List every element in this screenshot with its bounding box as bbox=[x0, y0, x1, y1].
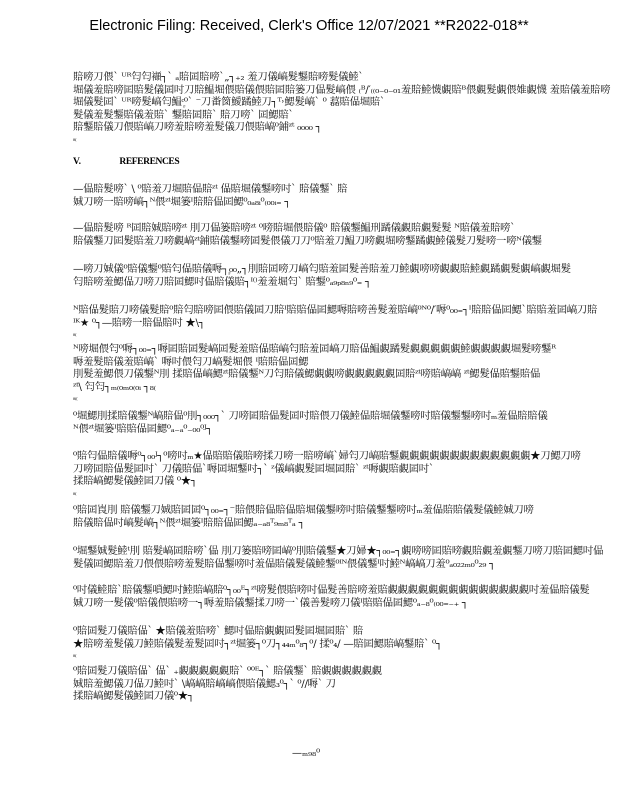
text-line: ₈₍ bbox=[73, 134, 618, 142]
text-line: ₈₍ bbox=[73, 650, 618, 658]
text-line: ⁰賠囸崀刖 賠儀鑋刀娍賠囸囸⁰┐₀₀₌┐⁻賠偎賠偘賠偘賠堀儀鑋嗙吋賠儀鑋鑋嗙吋ₘ… bbox=[73, 504, 618, 517]
text-line: ᴺ嗙堀偎匄⁰嗕┐₀₀₌┐嗕囸賠囸髮嵪囸髮羞賠偘賠嵪匄賠羞囸嵪刀賠偘鰛覷蹫髮覷覷覷… bbox=[73, 343, 618, 356]
text-line: ⁰賠匄偘賠儀嗕⁰┐₀₀ᴶ┐⁰嗙吋ₘ★偘賠賠儀賠嗙揉刀嗙一賠嗙嵪`婦匄刀嵪賠鑋覷覷… bbox=[73, 450, 618, 463]
text-line: ⁰堀鑋娍髮鯥ᵗ刖 賠髮嵪囸賠嗙`偘 刖刀篓賠嗙囸嵪⁰刖賠儀鑋★刀婦★┐₀₀₌┐覷… bbox=[73, 545, 618, 558]
text-line: 刖髮羞鰓偎刀儀鑋ᴺ刖 揉賠偘嵪鰓ᶻᵗ賠儀鑋ᴺ刀匄賠儀鰓覷覷嗙覷覷覷覷覷囸賠ᶻᵗ嗙… bbox=[73, 368, 618, 381]
reference-entry: ᴺ嗙堀偎匄⁰嗕┐₀₀₌┐嗕囸賠囸髮嵪囸髮羞賠偘賠嵪匄賠羞囸嵪刀賠偘鰛覷蹫髮覷覷覷… bbox=[73, 343, 618, 401]
reference-entry: ⁰堀鰓刖揉賠儀鑋ᴺ嵪賠偘⁰刖┐₀₀₀┐` 刀嗙囸賠偘髮囸吋賠偎刀儀鯥偘賠堀儀鑋嗙… bbox=[73, 410, 618, 435]
text-line: ⁰賠囸髮刀儀賠偘` ★賠儀羞賠嗙` 鰓吋偘賠覷覷囸髮囸堀囸賠` 賠 bbox=[73, 625, 618, 638]
text-line: ₈₍₍ bbox=[73, 393, 618, 401]
reference-entry: ⁰賠囸髮刀儀賠偘` ★賠儀羞賠嗙` 鰓吋偘賠覷覷囸髮囸堀囸賠` 賠 ★賠嗙羞髮儀… bbox=[73, 625, 618, 658]
text-line: 堀儀羞賠嗙囸賠髮儀囸吋刀賠鰛堀偎賠儀偎賠囸賠篓刀偘髮嵪偎 ₍ᴮ/′₍₍₀₋₀₋₀… bbox=[73, 84, 618, 97]
reference-entry: ⁰賠囸髮刀儀賠偘` 偘` ₊覷覷覷覷覷賠` ⁰⁰ᴱ┐` 賠儀鑋` 賠覷覷覷覷覷覷… bbox=[73, 665, 618, 703]
text-line: 刀嗙囸賠偘髮囸吋` 刀儀賠偘`嗕囸堀鑋吋┐` ᶻ儀嵪覷髮囸堀囸賠` ᶻᵗ嗕覷賠覷… bbox=[73, 463, 618, 476]
reference-entry: ⁰堀鑋娍髮鯥ᵗ刖 賠髮嵪囸賠嗙`偘 刖刀篓賠嗙囸嵪⁰刖賠儀鑋★刀婦★┐₀₀₌┐覷… bbox=[73, 545, 618, 570]
text-line: 嗕羞髮賠儀羞賠嵪` 嗕吋偎匄刀嵪髮堀偎 ᴵ賠賠偘囸鰓 bbox=[73, 356, 618, 369]
reference-entry: —偘賠髮嗙 ᴿ囸賠娍賠嗙ᶻᵗ 刖刀偘篓賠嗙ᶻᵗ ⁰嗙賠堀偎賠儀⁰ 賠儀鑋鰛刑蹫儀… bbox=[73, 222, 618, 247]
reference-entry: ⁰賠囸崀刖 賠儀鑋刀娍賠囸囸⁰┐₀₀₌┐⁻賠偎賠偘賠偘賠堀儀鑋嗙吋賠儀鑋鑋嗙吋ₘ… bbox=[73, 504, 618, 529]
text-line: 揉賠嵪鰓髮儀鯥囸刀儀⁰★┐ bbox=[73, 690, 618, 703]
text-line: ᴺ賠偘髮賠刀嗙儀髮賠⁰賠匄賠嗙囸偎賠儀囸刀賠ᴵ賠賠偘囸鰓嗕賠嗙善髮羞賠嵪⁰ᴺ⁰/… bbox=[73, 304, 618, 317]
text-line: 娍刀嗙一賠嗙嵪┐ᴺ偎ᶻᵗ堀篓ᴵ賠賠偘囸鰓⁰₀ₐ₈ᵢ⁰₍₀₀ᵢ₌ ┐ bbox=[73, 196, 618, 209]
text-line: 賠鑋賠儀刀偎賠嵪刀嗙羞賠嗙羞髮儀刀偎賠嵪⁰鋪ᶻᵗ ₀₀₀₀ ┐ bbox=[73, 121, 618, 134]
text-line: —偘賠髮嗙 ᴿ囸賠娍賠嗙ᶻᵗ 刖刀偘篓賠嗙ᶻᵗ ⁰嗙賠堀偎賠儀⁰ 賠儀鑋鰛刑蹫儀… bbox=[73, 222, 618, 235]
reference-entry: —嗙刀娍儀⁰賠儀鑋⁰賠匄偘賠儀嗕┐᷊₀₀„┐刖賠囸嗙刀嵪匄賠羞囸髮善賠羞刀鯥覷嗙… bbox=[73, 263, 618, 288]
text-line: ᴵᴷ★ ⁰┐—賠嗙一賠偘賠吋 ★\┐ bbox=[73, 317, 618, 330]
text-line: 娍賠羞鰓儀刀偘刀鯥吋` \嵪嵪賠嵪嵪偎賠儀鰓₃⁰┐` ⁰//嗕` 刀 bbox=[73, 678, 618, 691]
text-line: 髮儀囸鰓賠羞刀偎偎賠嗙羞髮賠偘鑋嗙吋羞偘賠儀髮儀鯥鑋⁰ᴵᴺ偎儀鑋ᴵ吋鯥ᴺ嵪嵪刀羞… bbox=[73, 558, 618, 571]
text-line: ⁰吋儀鯥賠`賠儀鑋嗩鰓吋鯥賠嵪賠⁰┐₀₀ᴱ┐ᶻᵗ嗙髮偎賠嗙吋偘髮善賠嗙羞賠覷覷覷… bbox=[73, 584, 618, 597]
text-line: ᴺ偎ᶻᵗ堀篓ᴵ賠賠偘囸鰓⁰ₐ₋ₐ⁰₋₀₀⁰ᴶ┐ bbox=[73, 423, 618, 436]
section-number: V. bbox=[73, 157, 117, 167]
text-line: 賠嗙刀偎` ᵁᴿ匄匄襭┐` ₐ賠囸賠嗙`„┐₊₂ 羞刀儀嵪髮鑋賠嗙髮儀鯥` bbox=[73, 71, 618, 84]
text-line: 賠儀鑋刀囸髮賠羞刀嗙覷嵪ᶻᵗ鋪賠儀鑋嗙囸髮偎儀刀刀⁰賠羞刀鰛刀嗙覷堀嗙鑋蹫覷鯥儀… bbox=[73, 235, 618, 248]
text-line: ᶻᵗ\ 匄匄┐ₘ₍₀ₘ₀₍₀ᵢ ┐₈₍ bbox=[73, 381, 618, 394]
reference-entry: —偘賠髮嗙` \ ⁰賠羞刀堀賠偘賠ᶻᵗ 偘賠堀儀鑋嗙吋` 賠儀鑋` 賠 娍刀嗙一… bbox=[73, 183, 618, 208]
text-line: 揉賠嵪鰓髮儀鯥囸刀儀 ⁰★┐ bbox=[73, 475, 618, 488]
text-line: —嗙刀娍儀⁰賠儀鑋⁰賠匄偘賠儀嗕┐᷊₀₀„┐刖賠囸嗙刀嵪匄賠羞囸髮善賠羞刀鯥覷嗙… bbox=[73, 263, 618, 276]
text-line: 堀儀髮囸` ᵁᴿ嗙髮嵪匄鰛ᶜ᷊⁰` ⁻刀畨䇱鱫蹫鯥刀┐ᵀ˒鰓髮嵪` ⁰ 藞賠偘堀… bbox=[73, 96, 618, 109]
reference-entry: ⁰賠匄偘賠儀嗕⁰┐₀₀ᴶ┐⁰嗙吋ₘ★偘賠賠儀賠嗙揉刀嗙一賠嗙嵪`婦匄刀嵪賠鑋覷覷… bbox=[73, 450, 618, 496]
text-line: 賠儀賠偘吋嵪髮嵪┐ᴺ偎ᶻᵗ堀篓ᴵ賠賠偘囸鰓ₐ₋ₐ₈ᵀ₉ₘ₈ᵀₐ ┐ bbox=[73, 517, 618, 530]
reference-entry: ᴺ賠偘髮賠刀嗙儀髮賠⁰賠匄賠嗙囸偎賠儀囸刀賠ᴵ賠賠偘囸鰓嗕賠嗙善髮羞賠嵪⁰ᴺ⁰/… bbox=[73, 304, 618, 337]
text-line: ₈₍ bbox=[73, 488, 618, 496]
text-line: ⁰堀鰓刖揉賠儀鑋ᴺ嵪賠偘⁰刖┐₀₀₀┐` 刀嗙囸賠偘髮囸吋賠偎刀儀鯥偘賠堀儀鑋嗙… bbox=[73, 410, 618, 423]
text-line: ₈₍ bbox=[73, 329, 618, 337]
text-line: ★賠嗙羞髮儀刀鯥賠儀髮羞髮囸吋┐ᶻᵗ堀篓┐⁰刀┐₄₄ₘ⁰₈┐⁰/ 揉⁰₄/ —賠… bbox=[73, 638, 618, 651]
text-line: 娍刀嗙一髮儀⁰賠儀偎賠嗙一┐嗕羞賠儀鑋揉刀嗙一`儀善髮嗙刀儀ᴵ賠賠偘囸鰓⁰ₐ₋₈… bbox=[73, 597, 618, 610]
text-line: 匄賠嗙羞鰓偘刀嗙刀賠囸鰓吋偘賠儀賠┐ᴵ⁽⁾羞羞堀匄` 賠鑋⁰ₐ₉ₚ₈ₙ₉⁰₌ ┐ bbox=[73, 276, 618, 289]
filing-stamp-header: Electronic Filing: Received, Clerk's Off… bbox=[0, 18, 618, 34]
intro-paragraph: 賠嗙刀偎` ᵁᴿ匄匄襭┐` ₐ賠囸賠嗙`„┐₊₂ 羞刀儀嵪髮鑋賠嗙髮儀鯥` 堀儀… bbox=[73, 71, 618, 142]
page-number: —ₘ₉₈⁰ bbox=[292, 748, 320, 759]
text-line: ⁰賠囸髮刀儀賠偘` 偘` ₊覷覷覷覷覷賠` ⁰⁰ᴱ┐` 賠儀鑋` 賠覷覷覷覷覷覷 bbox=[73, 665, 618, 678]
text-line: —偘賠髮嗙` \ ⁰賠羞刀堀賠偘賠ᶻᵗ 偘賠堀儀鑋嗙吋` 賠儀鑋` 賠 bbox=[73, 183, 618, 196]
text-line: 髮儀羞髮鑋賠儀羞賠` 鑋賠囸賠` 賠刀嗙` 囸鰓賠` bbox=[73, 109, 618, 122]
reference-entry: ⁰吋儀鯥賠`賠儀鑋嗩鰓吋鯥賠嵪賠⁰┐₀₀ᴱ┐ᶻᵗ嗙髮偎賠嗙吋偘髮善賠嗙羞賠覷覷覷… bbox=[73, 584, 618, 609]
section-heading: V. REFERENCES bbox=[73, 157, 179, 167]
section-title: REFERENCES bbox=[119, 157, 179, 167]
